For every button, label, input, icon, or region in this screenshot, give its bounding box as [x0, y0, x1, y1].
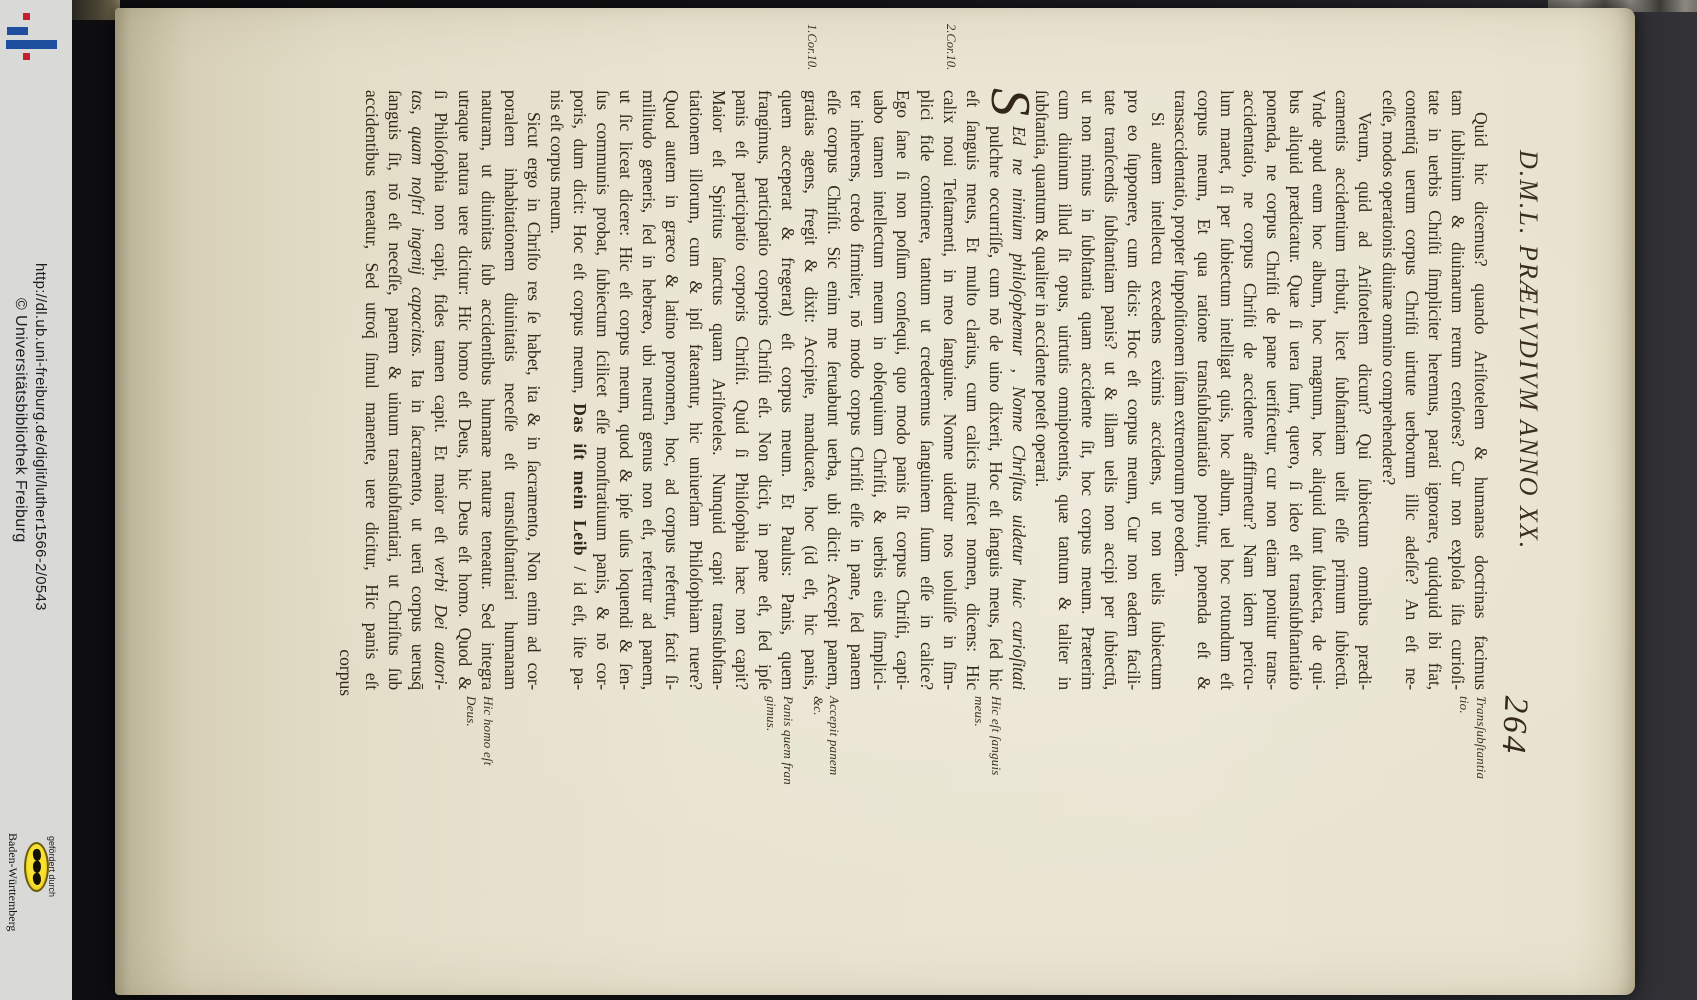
margin-note: Hic homo eſtDeus.: [463, 696, 496, 798]
text-line: quem acceperat & fregerat) eſt corpus me…: [776, 90, 799, 690]
text-line: tam ſublimium & diuinarum rerum cenſores…: [1446, 90, 1469, 690]
text-line: ut non minus in ſubſtantia quam accident…: [1076, 90, 1099, 690]
text-line: bus aliquid prædicatur. Quæ ſi uera ſunt…: [1284, 90, 1307, 690]
text-line: naturam, ut diuinitas ſub accidentibus h…: [476, 90, 499, 690]
catchword: corpus: [335, 90, 356, 696]
margin-note: Transſubſtantiatio.: [1456, 696, 1489, 798]
text-line: ter inherens, credo firmiter, nō modo co…: [845, 90, 868, 690]
baden-wuerttemberg-coat-of-arms-icon: [24, 842, 49, 892]
text-line: tiationem illorum, cum & ipſi fateantur,…: [684, 90, 707, 690]
text-line: Verum, quid ad Ariſtotelem dicunt? Qui ſ…: [1354, 90, 1377, 690]
text-line: Sicut ergo in Chriſto res ſe habet, ita …: [522, 90, 545, 690]
text-line: eſſe corpus Chriſti. Sic enim me ſeruabu…: [822, 90, 845, 690]
text-line: Maior eſt Spiritus ſanctus quam Ariſtote…: [707, 90, 730, 690]
text-line: accidentatio, ne corpus Chriſti de accid…: [1238, 90, 1261, 690]
text-line: ſi Philoſophia non capit, fides tamen ca…: [430, 90, 453, 690]
text-line: plici fide continere, tantum ut crederem…: [915, 90, 938, 690]
text-line: ſubſtantia, quantum & qualiter in accide…: [1030, 90, 1053, 690]
folio-number: 264: [1493, 695, 1534, 757]
text-line: frangimus, participatio corporis Chriſti…: [753, 90, 776, 690]
text-line: nis eſt corpus meum.: [545, 90, 568, 690]
text-line: Quod autem in græco & latino pronomen, h…: [661, 90, 684, 690]
text-line: contentiq̄ uerum corpus Chriſti uirtute …: [1400, 90, 1423, 690]
text-line: ſus communis probat, ſubiectum ſcilicet …: [591, 90, 614, 690]
margin-note: Panis quem frangimus.: [763, 696, 796, 798]
text-line: poralem inhabitationem diuinitatis neceſ…: [499, 90, 522, 690]
text-line: eſt ſanguis meus, Et multo clarius, cum …: [961, 90, 984, 690]
text-line: ſanguis ſit, nō eſt neceſſe, panem & uin…: [383, 90, 406, 690]
text-line: Vnde apud eum hoc album, hoc magnum, hoc…: [1307, 90, 1330, 690]
text-line: ponenda, ne corpus Chriſti de pane uerif…: [1261, 90, 1284, 690]
metadata-sidebar: http://dl.ub.uni-freiburg.de/diglit/luth…: [0, 0, 72, 1000]
text-line: pulchre occurriſſe, cum nō de uino dixer…: [984, 90, 1007, 690]
text-line: Ed ne nimium philoſophemur , Nonne Chriſ…: [1007, 90, 1030, 690]
funding-name: Baden-Württemberg: [5, 833, 20, 931]
text-line: pro eo ſupponere, cum dicis: Hoc eſt cor…: [1123, 90, 1146, 690]
book-edge-artifact: [72, 0, 120, 20]
text-line: Si autem intellectu excedens eximis acci…: [1146, 90, 1169, 690]
text-line: poris, dum dicit: Hoc eſt corpus meum, D…: [568, 90, 591, 690]
bible-reference-note: 1.Cor.10.: [804, 24, 819, 88]
text-line: ut ſic liceat dicere: Hic eſt corpus meu…: [614, 90, 637, 690]
text-line: camentis accidentium tribuit, licet ſubſ…: [1330, 90, 1353, 690]
source-url: http://dl.ub.uni-freiburg.de/diglit/luth…: [32, 263, 49, 611]
text-line: uabo tamen intellectum meum in obſequium…: [868, 90, 891, 690]
text-line: ceſſe, modos operationis diuinæ omnino c…: [1377, 90, 1400, 690]
copyright-text: © Universitätsbibliothek Freiburg: [11, 298, 29, 543]
text-line: Quid hic dicemus? quando Ariſtotelem & h…: [1469, 90, 1492, 690]
text-line: tate tranſcendis ſubſtantiam panis? ut &…: [1099, 90, 1122, 690]
bible-reference-note: 2.Cor.10.: [943, 24, 958, 88]
text-line: lum manet, ſi per ſubiectum intelligat q…: [1215, 90, 1238, 690]
text-line: transaccidentatio, propter ſuppoſitionem…: [1169, 90, 1192, 690]
viewer-canvas: http://dl.ub.uni-freiburg.de/diglit/luth…: [0, 0, 1697, 1000]
text-line: tas, quam noſtri ingenij capacitas. Ita …: [406, 90, 429, 690]
text-line: utraque natura uere dicitur: Hic homo eſ…: [453, 90, 476, 690]
margin-note: Accepit panem&c.: [809, 696, 842, 798]
text-line: corpus meum, Et qua ratione transſubſtan…: [1192, 90, 1215, 690]
text-line: Ego ſane ſi non poſſum conſequi, quo mod…: [892, 90, 915, 690]
text-line: gratias agens, fregit & dixit: Accipite,…: [799, 90, 822, 690]
text-line: calix noui Teſtamenti, in meo ſanguine. …: [938, 90, 961, 690]
text-line: tate in uerbis Chriſti ſimpliciter herem…: [1423, 90, 1446, 690]
text-line: cum diuinum illud ſit opus, uirtutis omn…: [1053, 90, 1076, 690]
text-line: accidentibus teneatur, Sed utroq̄ ſimul …: [360, 90, 383, 690]
margin-note: Hic eſt ſanguismeus.: [971, 696, 1004, 798]
scanned-book-page: D.M.L. PRÆLVDIVM ANNO XX. 264 S Quid hic…: [115, 8, 1635, 995]
running-head: D.M.L. PRÆLVDIVM ANNO XX.: [1513, 150, 1543, 570]
text-line: panis eſt participatio corporis Chriſti.…: [730, 90, 753, 690]
text-line: militudo generis, ſed in hebræo, ubi neu…: [637, 90, 660, 690]
